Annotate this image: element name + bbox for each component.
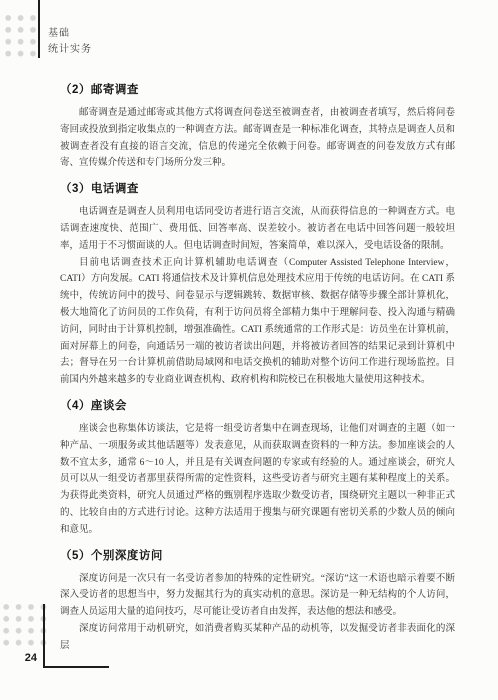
section-heading: （5）个别深度访问 xyxy=(60,550,455,563)
book-page: 基础 统计实务 （2）邮寄调查 邮寄调查是通过邮寄或其他方式将调查问卷送至被调查… xyxy=(0,0,498,700)
running-head-line1: 基础 xyxy=(48,26,92,42)
section-paragraph: 深度访问是一次只有一名受访者参加的特殊的定性研究。“深访”这一术语也暗示着要不断… xyxy=(60,571,455,621)
section-heading: （3）电话调查 xyxy=(60,183,455,196)
section-focus-group: （4）座谈会 座谈会也称集体访谈法，它是将一组受访者集中在调查现场，让他们对调查… xyxy=(60,400,455,539)
section-paragraph: 深度访问常用于动机研究，如消费者购买某种产品的动机等，以发掘受访者非表面化的深层 xyxy=(60,621,455,655)
section-paragraph: 邮寄调查是通过邮寄或其他方式将调查问卷送至被调查者，由被调查者填写，然后将问卷寄… xyxy=(60,105,455,172)
corner-dot-grid-top xyxy=(2,12,39,59)
section-paragraph: 目前电话调查技术正向计算机辅助电话调查（Computer Assisted Te… xyxy=(60,255,455,389)
section-paragraph: 座谈会也称集体访谈法，它是将一组受访者集中在调查现场，让他们对调查的主题（如一种… xyxy=(60,421,455,539)
section-mail-survey: （2）邮寄调查 邮寄调查是通过邮寄或其他方式将调查问卷送至被调查者，由被调查者填… xyxy=(60,84,455,172)
header-vertical-rule xyxy=(38,0,40,58)
page-number: 24 xyxy=(16,652,37,664)
content-area: （2）邮寄调查 邮寄调查是通过邮寄或其他方式将调查问卷送至被调查者，由被调查者填… xyxy=(60,84,455,655)
running-head: 基础 统计实务 xyxy=(48,26,92,57)
corner-dot-grid-bottom xyxy=(0,601,49,648)
footer-vertical-rule xyxy=(43,604,45,667)
section-heading: （4）座谈会 xyxy=(60,400,455,413)
footer-horizontal-rule xyxy=(43,666,109,668)
running-head-line2: 统计实务 xyxy=(48,42,92,58)
section-depth-interview: （5）个别深度访问 深度访问是一次只有一名受访者参加的特殊的定性研究。“深访”这… xyxy=(60,550,455,655)
section-telephone-survey: （3）电话调查 电话调查是调查人员利用电话同受访者进行语言交流，从而获得信息的一… xyxy=(60,183,455,389)
section-paragraph: 电话调查是调查人员利用电话同受访者进行语言交流，从而获得信息的一种调查方式。电话… xyxy=(60,204,455,254)
section-heading: （2）邮寄调查 xyxy=(60,84,455,97)
